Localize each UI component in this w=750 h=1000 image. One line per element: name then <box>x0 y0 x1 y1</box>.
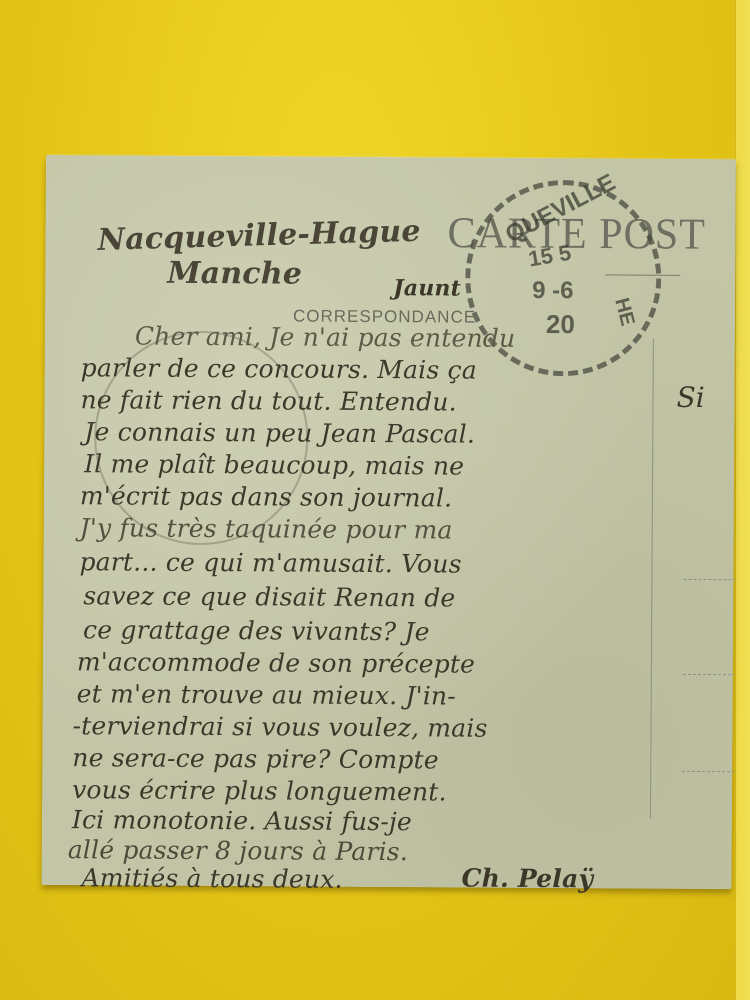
message-line: ne sera-ce pas pire? Compte <box>72 743 439 774</box>
address-divider-line <box>650 339 654 819</box>
message-line: allé passer 8 jours à Paris. <box>68 835 408 866</box>
message-line: Cher ami, Je n'ai pas entendu <box>135 322 516 353</box>
handwritten-region: Manche <box>167 256 302 292</box>
message-line: J'y fus très taquinée pour ma <box>80 513 453 544</box>
postmark-date: 9 -6 <box>532 277 574 305</box>
address-handwriting: Si <box>676 381 704 414</box>
address-line-3 <box>682 771 734 772</box>
message-line: savez ce que disait Renan de <box>83 581 455 612</box>
message-line: -terviendrai si vous voulez, mais <box>72 711 487 743</box>
postcard: CARTE POST CORRESPONDANCE QUEVILLE HE 15… <box>42 155 736 889</box>
message-line: parler de ce concours. Mais ça <box>81 353 477 384</box>
message-line: et m'en trouve au mieux. J'in- <box>77 679 456 710</box>
background-edge-strip <box>735 0 750 1000</box>
postmark-town: QUEVILLE <box>501 169 620 249</box>
message-line: part... ce qui m'amusait. Vous <box>79 547 461 578</box>
handwritten-extra: Jaunt <box>393 275 461 301</box>
signature: Ch. Pelaÿ <box>462 864 594 894</box>
message-line: Je connais un peu Jean Pascal. <box>84 417 475 448</box>
message-line: Il me plaît beaucoup, mais ne <box>84 449 464 480</box>
handwritten-place: Nacqueville-Hague <box>97 214 421 258</box>
message-line: m'accommode de son précepte <box>77 647 475 678</box>
message-line: ce grattage des vivants? Je <box>83 615 430 646</box>
address-line-2 <box>683 674 735 675</box>
message-line: vous écrire plus longuement. <box>72 775 447 806</box>
message-line: Ici monotonie. Aussi fus-je <box>72 805 412 836</box>
postmark-year: 20 <box>546 309 575 340</box>
postmark-time: 15 5 <box>527 240 574 273</box>
message-line: Amitiés à tous deux. <box>81 863 342 894</box>
postmark-department: HE <box>609 296 638 329</box>
message-line: ne fait rien du tout. Entendu. <box>80 385 456 416</box>
message-line: m'écrit pas dans son journal. <box>80 481 452 512</box>
address-line-1 <box>683 579 735 580</box>
